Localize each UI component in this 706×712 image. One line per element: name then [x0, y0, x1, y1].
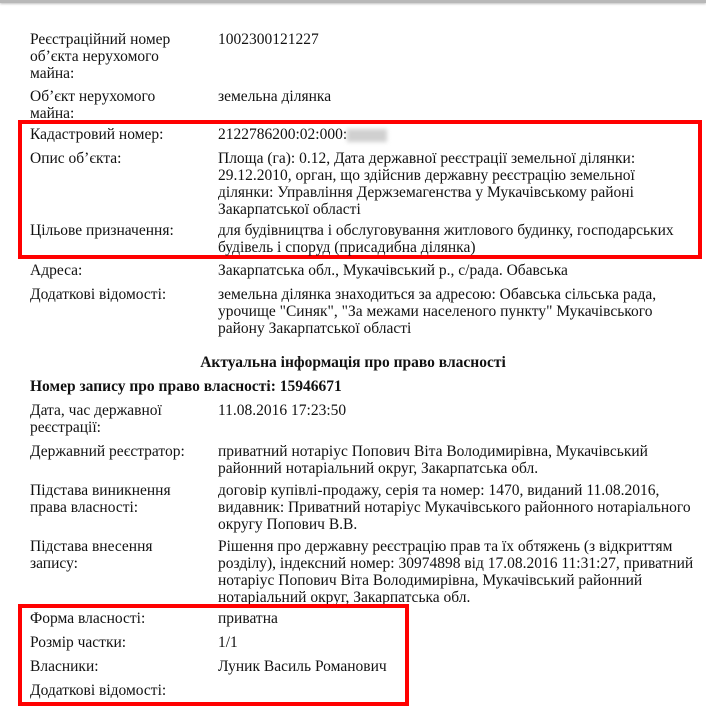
label: Підстава внесення запису: [30, 538, 180, 606]
field-object-type: Об’єкт нерухомого майна: земельна ділянк… [30, 88, 700, 122]
field-reg-date: Дата, час державної реєстрації: 11.08.20… [30, 402, 700, 436]
field-extra: Додаткові відомості: земельна ділянка зн… [30, 286, 700, 337]
field-address: Адреса: Закарпатська обл., Мукачівський … [30, 262, 700, 279]
field-share: Розмір частки: 1/1 [30, 634, 700, 651]
value: 1/1 [218, 634, 700, 651]
value: 2122786200:02:000: [218, 126, 700, 143]
value: земельна ділянка знаходиться за адресою:… [218, 286, 700, 337]
label: Цільове призначення: [30, 222, 218, 256]
record-title: Номер запису про право власності: 159466… [30, 378, 342, 395]
label: Додаткові відомості: [30, 682, 218, 699]
section-title: Актуальна інформація про право власності [0, 354, 706, 371]
label: Розмір частки: [30, 634, 218, 651]
field-basis: Підстава виникнення права власності: дог… [30, 482, 700, 533]
value: земельна ділянка [218, 88, 700, 122]
value: для будівництва і обслуговування житлово… [218, 222, 700, 256]
label: Кадастровий номер: [30, 126, 218, 143]
label: Об’єкт нерухомого майна: [30, 88, 180, 122]
label: Адреса: [30, 262, 218, 279]
label: Форма власності: [30, 610, 218, 627]
value: Закарпатська обл., Мукачівський р., с/ра… [218, 262, 700, 279]
value: Луник Василь Романович [218, 658, 700, 675]
value: 1002300121227 [218, 31, 700, 82]
label: Державний реєстратор: [30, 443, 218, 477]
field-form: Форма власності: приватна [30, 610, 700, 627]
field-entry-basis: Підстава внесення запису: Рішення про де… [30, 538, 700, 606]
cadastral-number: 2122786200:02:000: [218, 126, 347, 143]
value: Рішення про державну реєстрацію прав та … [218, 538, 700, 606]
field-reg-number: Реєстраційний номер об’єкта нерухомого м… [30, 31, 700, 82]
label: Дата, час державної реєстрації: [30, 402, 180, 436]
field-purpose: Цільове призначення: для будівництва і о… [30, 222, 700, 256]
label: Додаткові відомості: [30, 286, 218, 337]
label: Реєстраційний номер об’єкта нерухомого м… [30, 31, 180, 82]
field-registrar: Державний реєстратор: приватний нотаріус… [30, 443, 700, 477]
value: приватна [218, 610, 700, 627]
value [218, 682, 700, 699]
field-cadastral: Кадастровий номер: 2122786200:02:000: [30, 126, 700, 143]
field-owner-extra: Додаткові відомості: [30, 682, 700, 699]
value: Площа (га): 0.12, Дата державної реєстра… [218, 150, 700, 218]
label: Опис об’єкта: [30, 150, 218, 218]
value: приватний нотаріус Попович Віта Володими… [218, 443, 700, 477]
top-border [0, 0, 706, 3]
label: Власники: [30, 658, 218, 675]
value: договір купівлі-продажу, серія та номер:… [218, 482, 700, 533]
label: Підстава виникнення права власності: [30, 482, 190, 533]
field-description: Опис об’єкта: Площа (га): 0.12, Дата дер… [30, 150, 700, 218]
redacted-digits [347, 129, 387, 142]
value: 11.08.2016 17:23:50 [218, 402, 700, 436]
field-owners: Власники: Луник Василь Романович [30, 658, 700, 675]
